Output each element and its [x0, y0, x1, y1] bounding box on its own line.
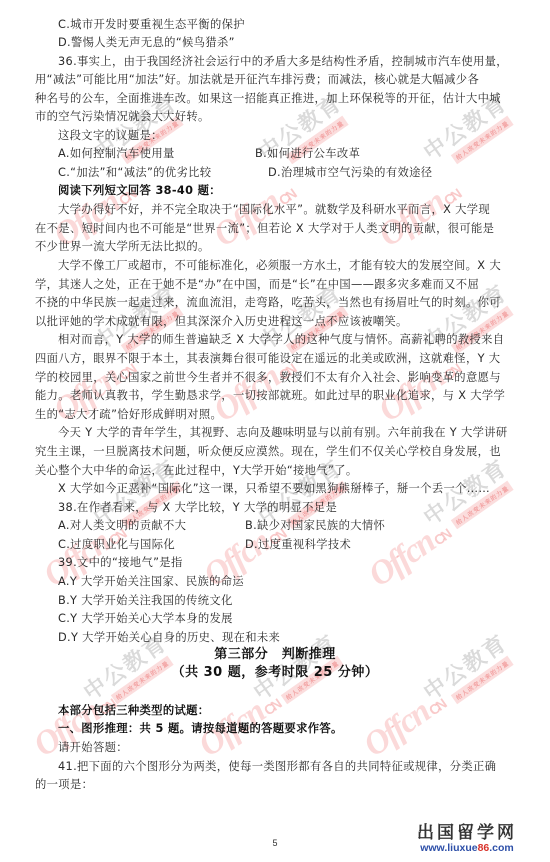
reading-heading: 阅读下列短文回答 38-40 题： [58, 184, 548, 198]
q36-option-a: A.如何控制汽车使用量 [58, 147, 175, 160]
q41-stem-line: 41.把下面的六个图形分为两类，使每一类图形都有各自的共同特征或规律，分类正确 [58, 760, 548, 774]
passage-line: 不挠的中华民族一起走过来，流血流泪，走弯路，吃苦头，当然也有扬眉吐气的时刻。你可 [35, 296, 525, 310]
q39-option-d: D.Y 大学开始关心自身的历史、现在和未来 [58, 631, 548, 645]
q36-stem-line: 种名号的公车，全面推进车改。如果这一招能真正推进，加上环保税等的开征，估计大中城 [35, 92, 525, 106]
q39-option-c: C.Y 大学开始关心大学本身的发展 [58, 612, 548, 626]
q36-option-b: B.如何进行公车改革 [255, 147, 360, 161]
passage-line: 今天 Y 大学的青年学生，其视野、志向及趣味明显与以前有别。六年前我在 Y 大学… [58, 426, 548, 440]
q38-options-row-1: A.对人类文明的贡献不大 B.缺少对国家民族的大情怀 [58, 519, 548, 533]
q38-options-row-2: C.过度职业化与国际化 D.过度重视科学技术 [58, 538, 548, 552]
q36-option-c: C.“加法”和“减法”的优劣比较 [58, 166, 211, 179]
q38-option-b: B.缺少对国家民族的大情怀 [245, 519, 385, 533]
passage-line: 大学不像工厂或超市，不可能标准化，必须服一方水土，才能有较大的发展空间。X 大 [58, 259, 548, 273]
q36-options-row-1: A.如何控制汽车使用量 B.如何进行公车改革 [58, 147, 548, 161]
passage-line: 以批评她的学术成就有限，但其深深介入历史进程这一点不应该被嘲笑。 [35, 315, 525, 329]
passage-line: 大学办得好不好，并不完全取决于“国际化水平”。就数学及科研水平而言，X 大学现 [58, 203, 548, 217]
passage-line: 四面八方，眼界不限于本土，其表演舞台很可能设定在遥远的北美或欧洲，这就难怪，Y … [35, 352, 525, 366]
document-page: 中公教育给人改变未来的力量 中公教育给人改变未来的力量 中公教育给人改变未来的力… [0, 0, 550, 862]
section-intro: 本部分包括三种类型的试题： [58, 704, 548, 718]
q36-stem-line: 用“减法”可能比用“加法”好。加法就是开征汽车排污费；而减法，核心就是大幅减少各 [35, 73, 525, 87]
subsection-heading: 一、图形推理：共 5 题。请按每道题的答题要求作答。 [58, 722, 548, 736]
q39-option-b: B.Y 大学开始关注我国的传统文化 [58, 594, 548, 608]
passage-line: 学，其迷人之处，正在于她不是“办”在中国，而是“长”在中国——跟多灾多难而又不屈 [35, 278, 525, 292]
footer-brand-logo: 出国留学网 www.liuxue86.com [392, 824, 542, 854]
passage-line: 能力。老师认真教书，学生勤恳求学，一切按部就班。如此过早的职业化追求，与 X 大… [35, 389, 525, 403]
section-subtitle: （共 30 题，参考时限 25 分钟） [0, 666, 550, 680]
passage-line: 学的校园里，关心国家之前世今生者并不很多，教授们不太有介入社会、影响变革的意愿与 [35, 371, 525, 385]
brand-url[interactable]: www.liuxue86.com [392, 842, 542, 854]
q36-prompt: 这段文字的议题是： [58, 129, 548, 143]
passage-line: 在不是、短时间内也不可能是“世界一流”；但若论 X 大学对于人类文明的贡献，很可… [35, 222, 525, 236]
passage-line: 究生主课，一旦脱离技术问题，听众便反应漠然。现在，学生们不仅关心学校自身发展，也 [35, 445, 525, 459]
start-instruction: 请开始答题： [58, 741, 548, 755]
brand-name: 出国留学网 [392, 824, 542, 842]
q38-option-a: A.对人类文明的贡献不大 [58, 519, 186, 532]
q36-stem-line: 36.事实上，由于我国经济社会运行中的矛盾大多是结构性矛盾，控制城市汽车使用量， [58, 55, 548, 69]
q39-stem: 39.文中的“接地气”是指 [58, 556, 548, 570]
q39-option-a: A.Y 大学开始关注国家、民族的命运 [58, 575, 548, 589]
passage-line: 关心整个大中华的命运，在此过程中，Y大学开始“接地气”了。 [35, 464, 525, 478]
passage-line: 不少世界一流大学所无法比拟的。 [35, 240, 525, 254]
q41-stem-line: 的一项是： [35, 778, 525, 792]
q38-option-d: D.过度重视科学技术 [245, 538, 351, 552]
q35-option-d: D.警惕人类无声无息的“候鸟猎杀” [58, 36, 548, 50]
passage-line: 相对而言，Y 大学的师生普遍缺乏 X 大学学人的这种气度与情怀。高薪礼聘的教授来… [58, 333, 548, 347]
q36-options-row-2: C.“加法”和“减法”的优劣比较 D.治理城市空气污染的有效途径 [58, 166, 548, 180]
passage-line: X 大学如今正恶补“国际化”这一课，只希望不要如黑狗熊掰棒子，掰一个丢一个…… [58, 482, 548, 496]
q38-option-c: C.过度职业化与国际化 [58, 538, 175, 551]
q36-stem-line: 市的空气污染情况就会大大好转。 [35, 110, 525, 124]
q35-option-c: C.城市开发时要重视生态平衡的保护 [58, 18, 548, 32]
q36-option-d: D.治理城市空气污染的有效途径 [268, 166, 432, 180]
q38-stem: 38.在作者看来，与 X 大学比较，Y 大学的明显不足是 [58, 501, 548, 515]
section-title: 第三部分 判断推理 [0, 648, 550, 662]
passage-line: 生的“志大才疏”恰好形成鲜明对照。 [35, 408, 525, 422]
